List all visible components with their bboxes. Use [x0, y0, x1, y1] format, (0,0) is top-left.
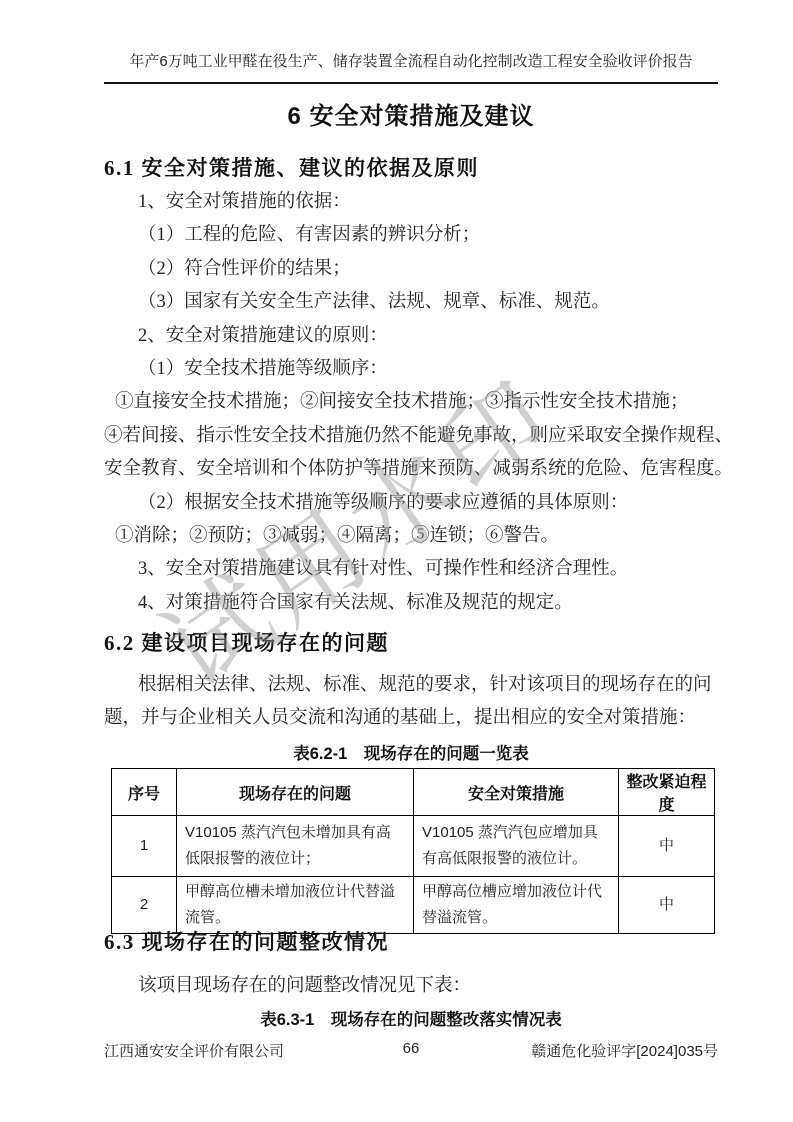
- footer-doc-number: 赣通危化验评字[2024]035号: [531, 1040, 718, 1061]
- table-row: 2 甲醇高位槽未增加液位计代替溢流管。 甲醇高位槽应增加液位计代替溢流管。 中: [112, 877, 715, 934]
- table-row: 1 V10105 蒸汽汽包未增加具有高低限报警的液位计； V10105 蒸汽汽包…: [112, 816, 715, 877]
- table-header-row: 序号 现场存在的问题 安全对策措施 整改紧迫程度: [112, 769, 715, 816]
- document-page: 年产6万吨工业甲醛在役生产、储存装置全流程自动化控制改造工程安全验收评价报告 6…: [0, 0, 793, 1122]
- body-line: （2）符合性评价的结果；: [104, 253, 720, 286]
- cell-index: 1: [112, 816, 177, 877]
- section-6-1-heading: 6.1 安全对策措施、建议的依据及原则: [104, 152, 744, 182]
- col-header-measure: 安全对策措施: [414, 769, 619, 816]
- cell-measure: V10105 蒸汽汽包应增加具有高低限报警的液位计。: [414, 816, 619, 877]
- body-line: 安全教育、安全培训和个体防护等措施来预防、减弱系统的危险、危害程度。: [104, 453, 720, 486]
- cell-problem: V10105 蒸汽汽包未增加具有高低限报警的液位计；: [177, 816, 414, 877]
- cell-measure: 甲醇高位槽应增加液位计代替溢流管。: [414, 877, 619, 934]
- body-line: （2）根据安全技术措施等级顺序的要求应遵循的具体原则：: [104, 487, 720, 520]
- body-line: 根据相关法律、法规、标准、规范的要求，针对该项目的现场存在的问: [104, 669, 720, 702]
- body-line: （3）国家有关安全生产法律、法规、规章、标准、规范。: [104, 286, 720, 319]
- table-6-2-1-caption: 表6.2-1 现场存在的问题一览表: [104, 740, 718, 764]
- table-6-3-1-caption: 表6.3-1 现场存在的问题整改落实情况表: [104, 1006, 718, 1030]
- body-line: （1）安全技术措施等级顺序：: [104, 353, 720, 386]
- body-line: （1）工程的危险、有害因素的辨识分析；: [104, 219, 720, 252]
- col-header-problem: 现场存在的问题: [177, 769, 414, 816]
- cell-urgency: 中: [619, 816, 715, 877]
- section-6-2-heading: 6.2 建设项目现场存在的问题: [104, 627, 744, 657]
- col-header-urgency: 整改紧迫程度: [619, 769, 715, 816]
- problems-table: 序号 现场存在的问题 安全对策措施 整改紧迫程度 1 V10105 蒸汽汽包未增…: [111, 768, 715, 934]
- body-line: 题，并与企业相关人员交流和沟通的基础上，提出相应的安全对策措施：: [104, 702, 720, 735]
- section-6-2-paragraph: 根据相关法律、法规、标准、规范的要求，针对该项目的现场存在的问 题，并与企业相关…: [104, 669, 720, 736]
- section-6-1-body: 1、安全对策措施的依据： （1）工程的危险、有害因素的辨识分析； （2）符合性评…: [104, 186, 720, 620]
- body-line: 2、安全对策措施建议的原则：: [104, 320, 720, 353]
- section-6-3-paragraph: 该项目现场存在的问题整改情况见下表：: [104, 970, 720, 1003]
- chapter-title: 6 安全对策措施及建议: [104, 96, 718, 131]
- col-header-index: 序号: [112, 769, 177, 816]
- page-footer: 66 江西通安安全评价有限公司 赣通危化验评字[2024]035号: [104, 1040, 718, 1061]
- running-header: 年产6万吨工业甲醛在役生产、储存装置全流程自动化控制改造工程安全验收评价报告: [104, 52, 718, 84]
- body-line: 4、对策措施符合国家有关法规、标准及规范的规定。: [104, 587, 720, 620]
- cell-index: 2: [112, 877, 177, 934]
- body-line: 3、安全对策措施建议具有针对性、可操作性和经济合理性。: [104, 553, 720, 586]
- body-line: ①直接安全技术措施；②间接安全技术措施；③指示性安全技术措施；: [104, 386, 720, 419]
- cell-urgency: 中: [619, 877, 715, 934]
- cell-problem: 甲醇高位槽未增加液位计代替溢流管。: [177, 877, 414, 934]
- body-line: ④若间接、指示性安全技术措施仍然不能避免事故，则应采取安全操作规程、: [104, 420, 720, 453]
- body-line: 1、安全对策措施的依据：: [104, 186, 720, 219]
- body-line: ①消除；②预防；③减弱；④隔离；⑤连锁；⑥警告。: [104, 520, 720, 553]
- footer-company: 江西通安安全评价有限公司: [104, 1040, 284, 1061]
- body-line: 该项目现场存在的问题整改情况见下表：: [104, 970, 720, 1003]
- section-6-3-heading: 6.3 现场存在的问题整改情况: [104, 926, 744, 956]
